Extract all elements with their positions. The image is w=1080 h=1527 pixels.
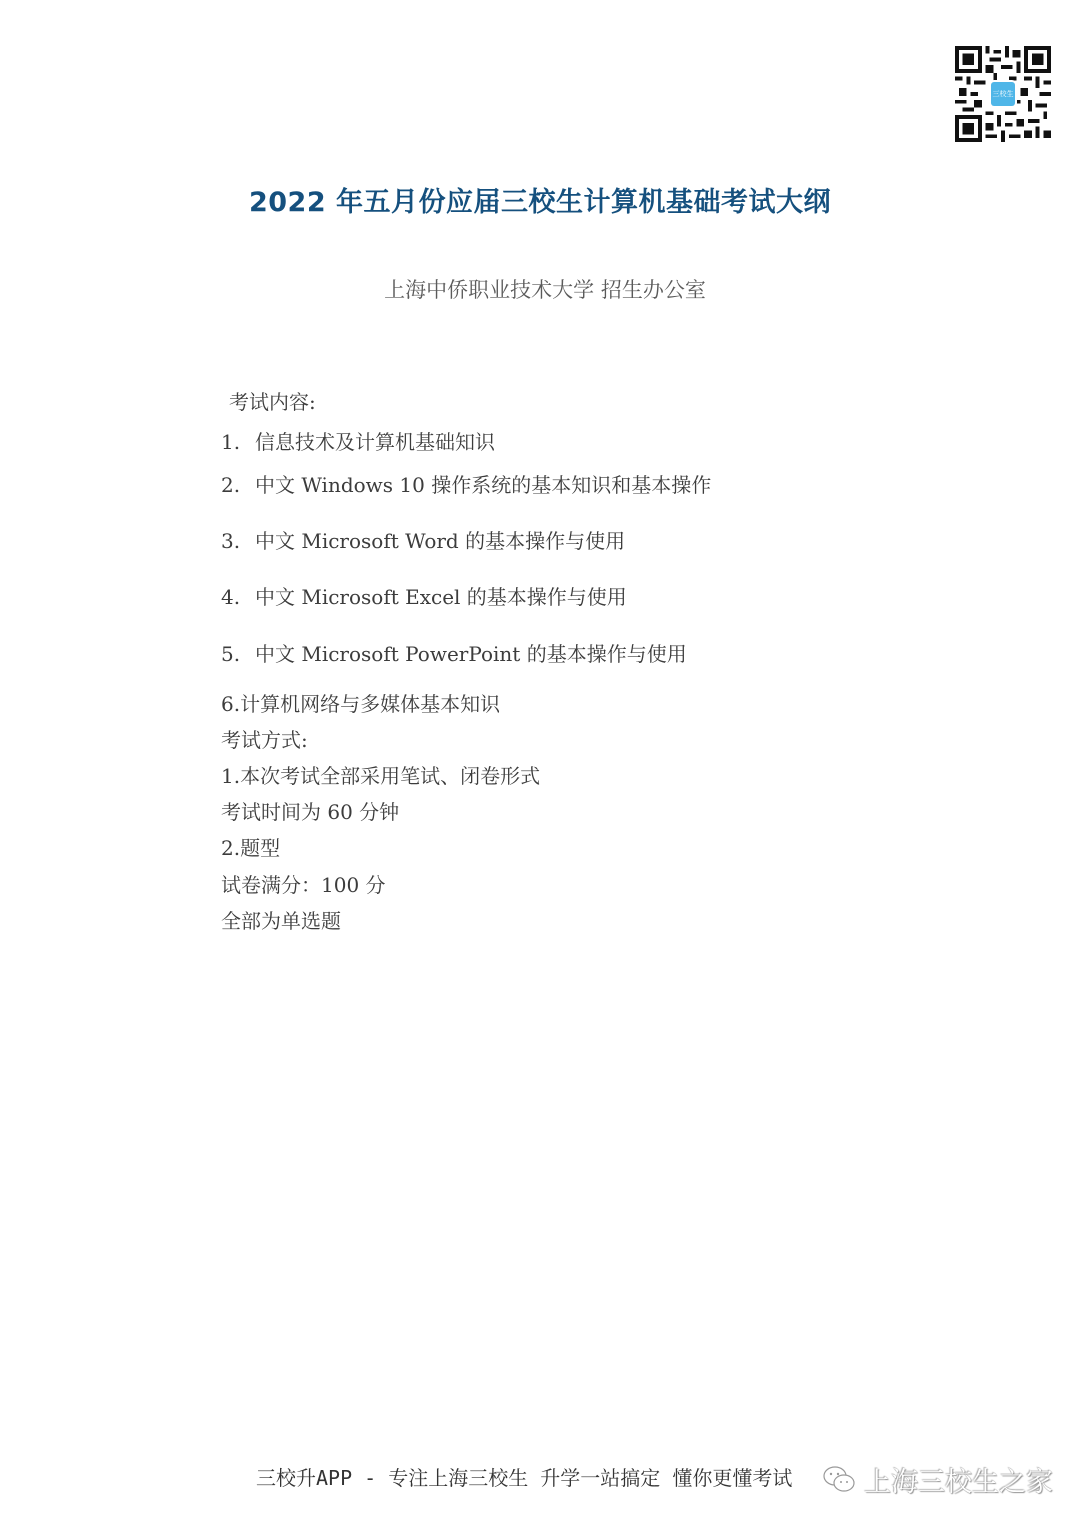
item-text: 中文 Microsoft PowerPoint 的基本操作与使用 [255, 642, 687, 666]
content-item-5: 5.中文 Microsoft PowerPoint 的基本操作与使用 [221, 638, 687, 667]
wechat-icon [822, 1465, 856, 1495]
item-text: 中文 Microsoft Excel 的基本操作与使用 [255, 585, 627, 609]
content-item-4: 4.中文 Microsoft Excel 的基本操作与使用 [221, 581, 627, 610]
content-item-2: 2.中文 Windows 10 操作系统的基本知识和基本操作 [221, 469, 711, 498]
exam-duration: 考试时间为 60 分钟 [221, 796, 399, 825]
item-text: 信息技术及计算机基础知识 [255, 430, 495, 454]
document-title: 2022 年五月份应届三校生计算机基础考试大纲 [0, 180, 1080, 219]
item-number: 4. [221, 585, 255, 609]
item-number: 2. [221, 473, 255, 497]
item-text: 中文 Windows 10 操作系统的基本知识和基本操作 [255, 473, 711, 497]
document-subtitle: 上海中侨职业技术大学 招生办公室 [0, 274, 1080, 304]
footer-slogan: 三校升APP - 专注上海三校生 升学一站搞定 懂你更懂考试 [256, 1462, 792, 1491]
item-number: 1. [221, 430, 255, 454]
question-type: 全部为单选题 [221, 905, 341, 934]
content-item-3: 3.中文 Microsoft Word 的基本操作与使用 [221, 525, 625, 554]
qr-code: 三校生 [955, 46, 1051, 142]
content-item-1: 1.信息技术及计算机基础知识 [221, 426, 495, 455]
watermark-text: 上海三校生之家 [864, 1460, 1053, 1499]
qr-logo: 三校生 [991, 82, 1015, 106]
item-number: 3. [221, 529, 255, 553]
method-item-2: 2.题型 [221, 832, 280, 861]
item-number: 5. [221, 642, 255, 666]
content-heading: 考试内容: [229, 386, 316, 415]
method-item-1: 1.本次考试全部采用笔试、闭卷形式 [221, 760, 540, 789]
watermark: 上海三校生之家 [822, 1460, 1053, 1499]
content-item-6: 6.计算机网络与多媒体基本知识 [221, 688, 500, 717]
full-score: 试卷满分：100 分 [221, 869, 386, 898]
item-text: 中文 Microsoft Word 的基本操作与使用 [255, 529, 625, 553]
method-heading: 考试方式: [221, 724, 308, 753]
